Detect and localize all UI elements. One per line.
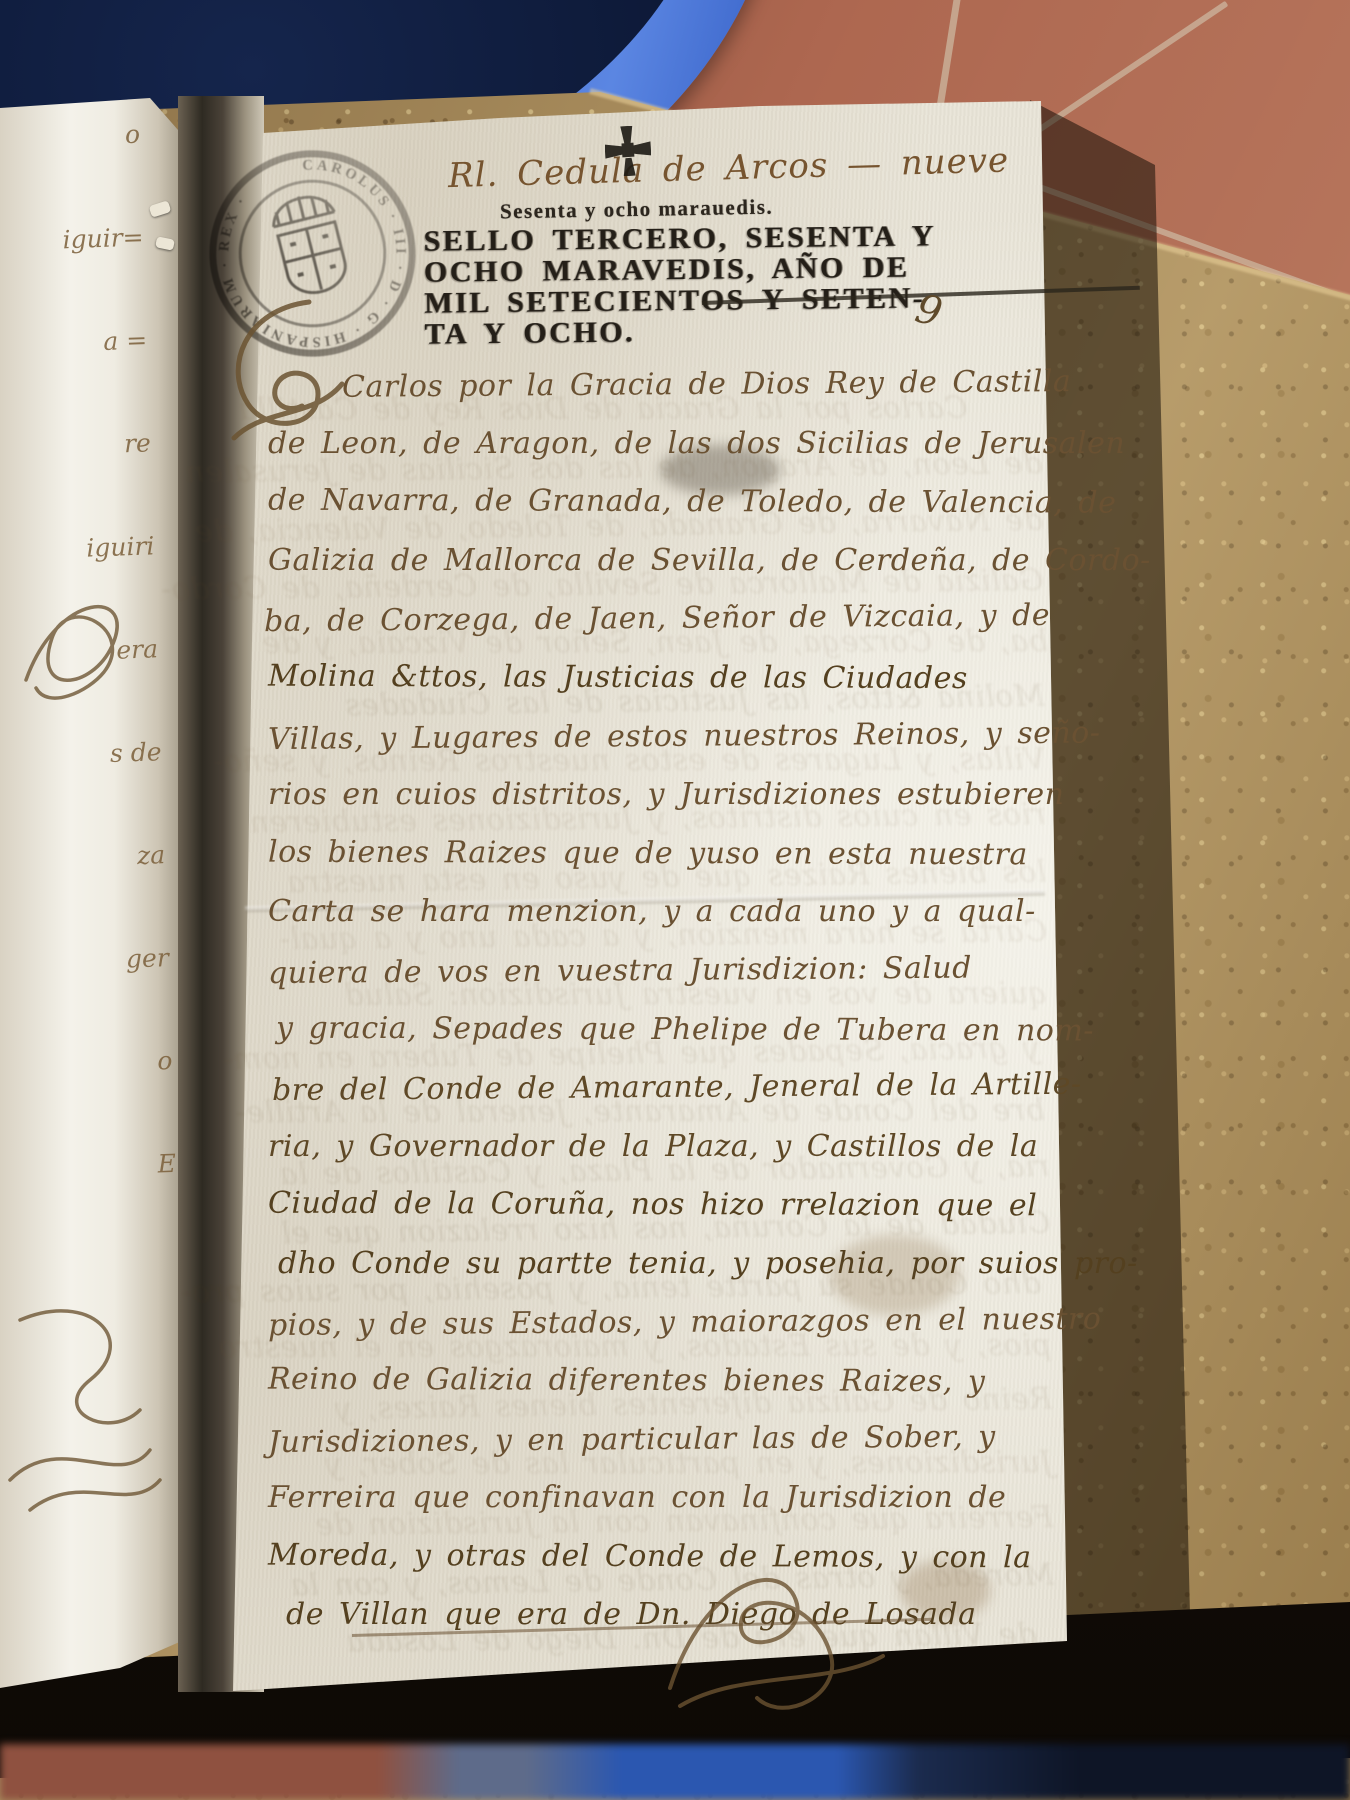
ink-scribble	[0, 1280, 170, 1520]
manuscript-line: ba, de Corzega, de Jaen, Señor de Vizcai…	[264, 587, 1048, 652]
printed-tax-line: Sesenta y ocho marauedis.	[500, 195, 774, 225]
manuscript-fragment: o	[124, 120, 140, 150]
manuscript-fragment: a =	[103, 325, 148, 356]
signature-rubric	[645, 1538, 900, 1733]
manuscript-line: de Navarra, de Granada, de Toledo, de Va…	[268, 472, 1048, 533]
printed-stamp-text: SELLO TERCERO, SESENTA YOCHO MARAVEDIS, …	[423, 220, 944, 349]
manuscript-line: bre del Conde de Amarante, Jeneral de la…	[272, 1056, 1048, 1121]
manuscript-line: Ciudad de la Coruña, nos hizo rrelazion …	[268, 1175, 1048, 1236]
manuscript-line: Molina &ttos, las Justicias de las Ciuda…	[268, 648, 1048, 709]
manuscript-line: y gracia, Sepades que Phelipe de Tubera …	[276, 999, 1048, 1060]
manuscript-line: quiera de vos en vuestra Jurisdizion: Sa…	[268, 939, 1048, 1004]
manuscript-body: Carlos por la Gracia de Dios Rey de Cast…	[268, 356, 1048, 1645]
manuscript-line: Villas, y Lugares de estos nuestros Rein…	[268, 705, 1048, 770]
manuscript-line: Reino de Galizia diferentes bienes Raize…	[268, 1351, 1048, 1412]
manuscript-line: pios, y de sus Estados, y maiorazgos en …	[268, 1290, 1048, 1355]
manuscript-line: ria, y Governador de la Plaza, y Castill…	[268, 1118, 1048, 1177]
seal-shield-icon	[278, 222, 350, 299]
manuscript-line: Galizia de Mallorca de Sevilla, de Cerde…	[268, 532, 1048, 591]
manuscript-fragment: ger	[126, 943, 170, 973]
manuscript-line: los bienes Raizes que de yuso en esta nu…	[268, 823, 1048, 884]
manuscript-fragment: s de	[109, 737, 162, 768]
maltese-cross-icon	[605, 126, 651, 176]
manuscript-line: de Leon, de Aragon, de las dos Sicilias …	[268, 415, 1048, 474]
manuscript-fragment: iguiri	[86, 531, 155, 562]
seal-crown-icon	[268, 189, 334, 227]
manuscript-line: Jurisdiziones, y en particular las de So…	[268, 1408, 1048, 1473]
manuscript-fragment: za	[137, 840, 166, 870]
stamp-text-line: TA Y OCHO.	[424, 313, 944, 349]
ink-scribble	[8, 560, 168, 740]
manuscript-line: Carlos por la Gracia de Dios Rey de Cast…	[342, 353, 1048, 417]
manuscript-line: Ferreira que confinavan con la Jurisdizi…	[268, 1469, 1048, 1528]
manuscript-fragment: re	[124, 428, 152, 458]
floor-below-board	[0, 1744, 1350, 1800]
manuscript-fragment: E	[157, 1149, 176, 1179]
manuscript-line: Carta se hara menzion, y a cada uno y a …	[268, 883, 1048, 942]
manuscript-fragment: o	[157, 1046, 173, 1076]
manuscript-line: rios en cuios distritos, y Jurisdiziones…	[268, 766, 1048, 825]
manuscript-line: dho Conde su partte tenia, y posehia, po…	[278, 1235, 1048, 1294]
manuscript-fragment: iguir=	[62, 223, 144, 255]
